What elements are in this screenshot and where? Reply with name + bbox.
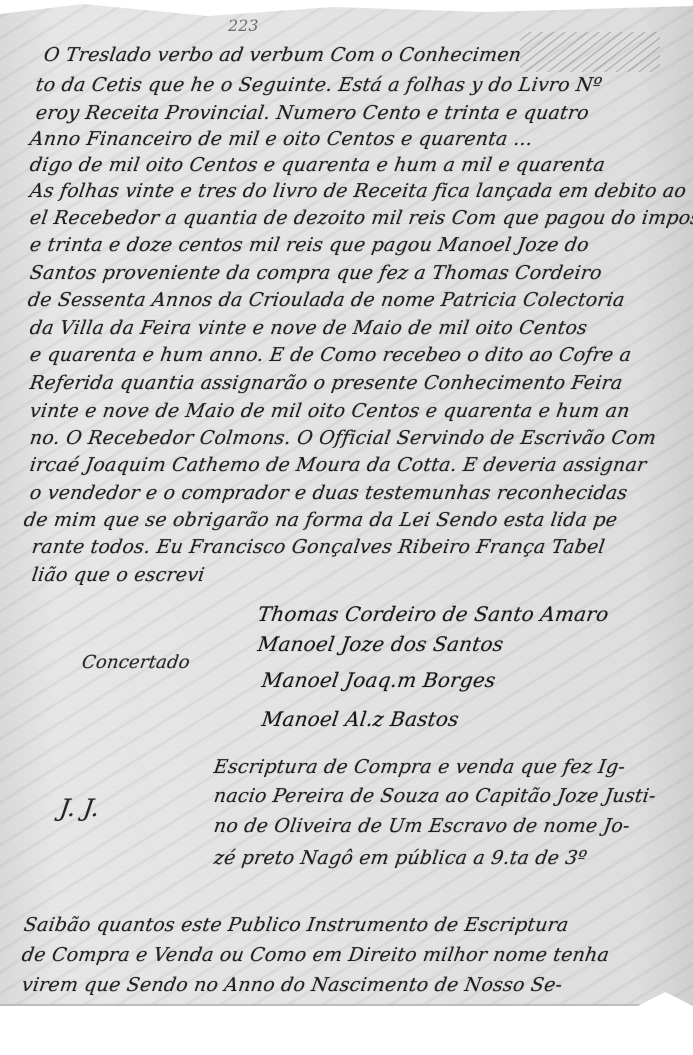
- closing-line: Saibão quantos este Publico Instrumento …: [22, 914, 570, 936]
- body-line: de Sessenta Annos da Crioulada de nome P…: [26, 289, 626, 311]
- body-line: Referida quantia assignarão o presente C…: [28, 372, 624, 394]
- scan-bottom-margin: [0, 1006, 693, 1055]
- signature: Manoel Joaq.m Borges: [260, 668, 497, 692]
- heading-line: zé preto Nagô em pública a 9.ta de 3º: [212, 847, 588, 869]
- body-line: o vendedor e o comprador e duas testemun…: [28, 482, 629, 504]
- body-line: lião que o escrevi: [30, 564, 206, 586]
- heading-line: Escriptura de Compra e venda que fez Ig-: [212, 756, 626, 778]
- body-line: e trinta e doze centos mil reis que pago…: [28, 234, 590, 256]
- body-line: no. O Recebedor Colmons. O Official Serv…: [28, 427, 657, 449]
- body-line: da Villa da Feira vinte e nove de Maio d…: [28, 317, 588, 339]
- body-line: de mim que se obrigarão na forma da Lei …: [22, 509, 618, 531]
- crossed-out-scribble: [520, 32, 660, 72]
- body-line: rante todos. Eu Francisco Gonçalves Ribe…: [30, 536, 606, 558]
- body-line: eroy Receita Provincial. Numero Cento e …: [34, 102, 590, 124]
- body-line: O Treslado verbo ad verbum Com o Conheci…: [42, 44, 522, 66]
- body-line: e quarenta e hum anno. E de Como recebeo…: [28, 344, 632, 366]
- closing-line: de Compra e Venda ou Como em Direito mil…: [20, 944, 610, 966]
- margin-note-concertado: Concertado: [81, 652, 192, 673]
- body-line: vinte e nove de Maio de mil oito Centos …: [28, 400, 631, 422]
- body-line: Anno Financeiro de mil e oito Centos e q…: [28, 128, 534, 150]
- heading-line: nacio Pereira de Souza ao Capitão Joze J…: [212, 785, 657, 807]
- signature: Manoel Joze dos Santos: [256, 632, 505, 656]
- body-line: el Recebedor a quantia de dezoito mil re…: [28, 207, 693, 229]
- signature: Manoel Al.z Bastos: [260, 707, 460, 731]
- body-line: Santos proveniente da compra que fez a T…: [28, 262, 603, 284]
- closing-line: virem que Sendo no Anno do Nascimento de…: [20, 974, 563, 996]
- body-line: ircaé Joaquim Cathemo de Moura da Cotta.…: [28, 454, 647, 476]
- body-line: digo de mil oito Centos e quarenta e hum…: [28, 154, 606, 176]
- heading-line: no de Oliveira de Um Escravo de nome Jo-: [212, 815, 631, 837]
- signature: Thomas Cordeiro de Santo Amaro: [256, 602, 610, 626]
- manuscript-page: 223 O Treslado verbo ad verbum Com o Con…: [0, 4, 693, 1006]
- body-line: As folhas vinte e tres do livro de Recei…: [28, 180, 687, 202]
- margin-note-initials: J. J.: [58, 794, 101, 822]
- page-number: 223: [228, 16, 259, 35]
- body-line: to da Cetis que he o Seguinte. Está a fo…: [34, 74, 603, 96]
